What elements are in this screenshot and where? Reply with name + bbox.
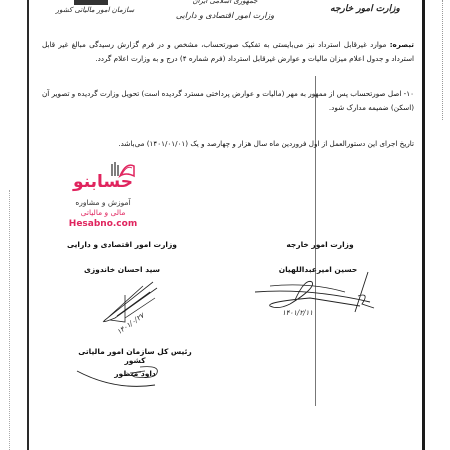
watermark-url: Hesabno.com — [58, 219, 148, 229]
signature-ina-scribble — [75, 363, 165, 393]
note-paragraph: تبصره: موارد غیرقابل استرداد نیز می‌بایس… — [42, 38, 414, 65]
scan-artifact-right — [442, 0, 443, 120]
note-text: موارد غیرقابل استرداد نیز می‌بایستی به ت… — [42, 40, 414, 63]
page-border-right — [422, 0, 425, 450]
tax-organization-emblem — [74, 0, 108, 5]
item-10-paragraph: ۱۰- اصل صورتحساب پس از ممهور به مهر (مال… — [42, 87, 414, 114]
signature-mof-name: سید احسان خاندوزی — [82, 265, 162, 274]
letterhead-left-org: سازمان امور مالیاتی کشور — [55, 6, 135, 14]
letterhead-right-org: وزارت امور خارجه — [320, 4, 410, 14]
scan-artifact-left — [9, 190, 10, 450]
signature-mof-title: وزارت امور اقتصادی و دارایی — [62, 240, 182, 249]
watermark-brand: حسابنو — [68, 172, 138, 192]
page-border-left — [27, 0, 29, 450]
signature-mfa-scribble — [250, 270, 380, 320]
letterhead-center-top: جمهوری اسلامی ایران — [180, 0, 270, 5]
letterhead-center-org: وزارت امور اقتصادی و دارایی — [165, 11, 285, 20]
note-label: تبصره: — [390, 40, 414, 49]
hesabno-watermark: حسابنو آموزش و مشاوره مالی و مالیاتی Hes… — [48, 160, 158, 230]
effective-date-paragraph: تاریخ اجرای این دستورالعمل از اول فروردی… — [42, 137, 414, 151]
signature-mfa-title: وزارت امور خارجه — [280, 240, 360, 249]
signature-mfa-date: ۱۴۰۱/۲/۱۱ — [282, 309, 313, 317]
watermark-line2: مالی و مالیاتی — [63, 208, 143, 217]
watermark-line1: آموزش و مشاوره — [63, 198, 143, 207]
